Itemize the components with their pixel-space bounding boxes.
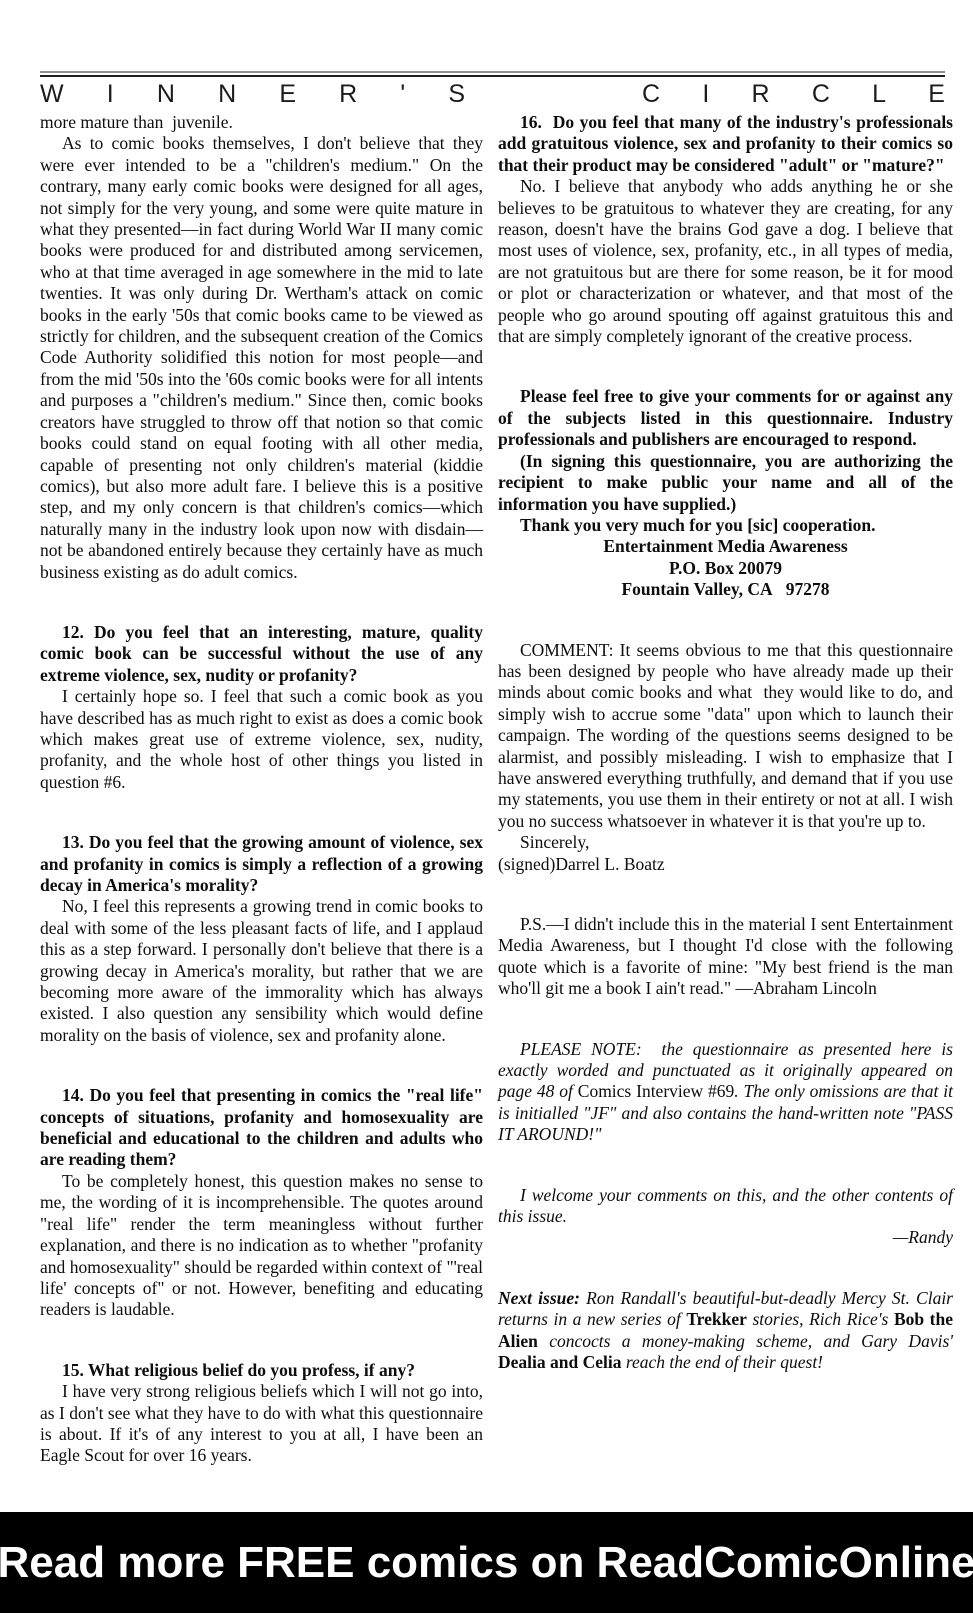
question-16: 16. Do you feel that many of the industr…: [498, 112, 953, 176]
question-14: 14. Do you feel that presenting in comic…: [40, 1085, 483, 1171]
please-note-paragraph: PLEASE NOTE: the questionnaire as presen…: [498, 1039, 953, 1146]
text-run: Dealia and Celia: [498, 1352, 621, 1372]
invitation-comments: Please feel free to give your comments f…: [498, 386, 953, 450]
paragraph-comic-books: As to comic books themselves, I don't be…: [40, 133, 483, 583]
question-13: 13. Do you feel that the growing amount …: [40, 832, 483, 896]
invitation-signing: (In signing this questionnaire, you are …: [498, 451, 953, 515]
masthead-letter: ': [400, 81, 405, 109]
address-city: Fountain Valley, CA 97278: [498, 579, 953, 600]
question-15: 15. What religious belief do you profess…: [40, 1360, 483, 1381]
text-run: stories, Rich Rice's: [747, 1309, 894, 1329]
text-run: Comics Interview #69: [578, 1081, 735, 1101]
masthead-title: W I N N E R ' S C I R C L E: [40, 81, 945, 109]
paragraph-continuation: more mature than juvenile.: [40, 112, 483, 133]
masthead-letter: N: [157, 81, 175, 109]
answer-13: No, I feel this represents a growing tre…: [40, 896, 483, 1046]
masthead-rule: [40, 71, 945, 77]
masthead-letter: C: [642, 81, 660, 109]
masthead-word-circle: C I R C L E: [642, 81, 945, 109]
address-org: Entertainment Media Awareness: [498, 536, 953, 557]
masthead-letter: S: [448, 81, 465, 109]
scanned-document-page: W I N N E R ' S C I R C L E more mature …: [0, 0, 973, 1613]
article-body: more mature than juvenile. As to comic b…: [40, 112, 953, 1467]
promo-banner-text[interactable]: Read more FREE comics on ReadComicOnline: [0, 1538, 973, 1588]
ps-paragraph: P.S.—I didn't include this in the materi…: [498, 914, 953, 1000]
next-issue-paragraph: Next issue: Ron Randall's beautiful-but-…: [498, 1288, 953, 1374]
question-12: 12. Do you feel that an interesting, mat…: [40, 622, 483, 686]
text-run: concocts a money-making scheme, and Gary…: [538, 1331, 953, 1351]
promo-banner[interactable]: Read more FREE comics on ReadComicOnline: [0, 1512, 973, 1613]
sincerely-line: Sincerely,: [498, 832, 953, 853]
text-run: Next issue:: [498, 1288, 586, 1308]
answer-16: No. I believe that anybody who adds anyt…: [498, 176, 953, 347]
text-run: reach the end of their quest!: [621, 1352, 823, 1372]
masthead-letter: W: [40, 81, 64, 109]
masthead-letter: I: [702, 81, 709, 109]
answer-12: I certainly hope so. I feel that such a …: [40, 686, 483, 793]
signature-line: (signed)Darrel L. Boatz: [498, 854, 953, 875]
right-column: 16. Do you feel that many of the industr…: [498, 112, 953, 1467]
answer-15: I have very strong religious beliefs whi…: [40, 1381, 483, 1467]
masthead-word-winners: W I N N E R ' S: [40, 81, 465, 109]
masthead-letter: R: [752, 81, 770, 109]
left-column: more mature than juvenile. As to comic b…: [40, 112, 483, 1467]
masthead-letter: N: [218, 81, 236, 109]
masthead-letter: E: [928, 81, 945, 109]
comment-paragraph: COMMENT: It seems obvious to me that thi…: [498, 640, 953, 833]
answer-14: To be completely honest, this question m…: [40, 1171, 483, 1321]
masthead: W I N N E R ' S C I R C L E: [40, 0, 945, 109]
thank-you-line: Thank you very much for you [sic] cooper…: [498, 515, 953, 536]
masthead-letter: L: [872, 81, 886, 109]
masthead-letter: E: [279, 81, 296, 109]
welcome-paragraph: I welcome your comments on this, and the…: [498, 1185, 953, 1228]
address-pobox: P.O. Box 20079: [498, 558, 953, 579]
masthead-letter: R: [339, 81, 357, 109]
masthead-letter: I: [107, 81, 114, 109]
text-run: Trekker: [686, 1309, 747, 1329]
randy-signoff: —Randy: [498, 1227, 953, 1248]
masthead-letter: C: [812, 81, 830, 109]
